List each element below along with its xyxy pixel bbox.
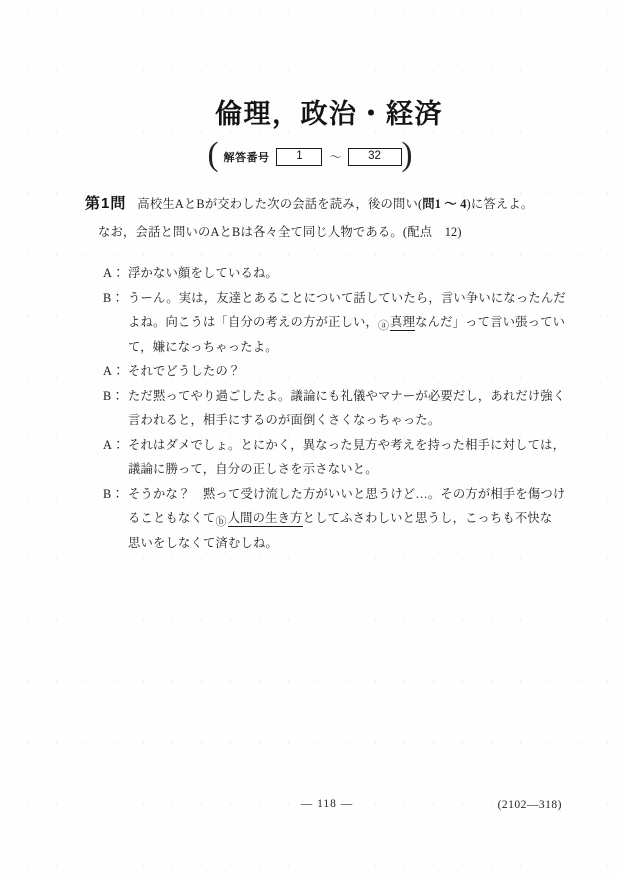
dialogue-text: ただ黙ってやり過ごしたよ。議論にも礼儀やマナーが必要だし，あれだけ強く — [128, 389, 565, 403]
dialogue-text: 浮かない顔をしているね。 — [128, 266, 278, 280]
question-1-intro-text-tail: )に答えよ。 — [467, 197, 534, 211]
dialogue-line: B：そうかな？ 黙って受け流した方がいいと思うけど…。その方が相手を傷つけ — [103, 482, 566, 507]
dialogue-line-continuation: て，嫌になっちゃったよ。 — [103, 335, 566, 360]
dialogue-line: A：浮かない顔をしているね。 — [103, 261, 566, 286]
answer-number-label: 解答番号 — [223, 149, 269, 165]
dialogue-text: なんだ」って言い張ってい — [415, 315, 565, 329]
dialogue-text: うーん。実は，友達とあることについて話していたら，言い争いになったんだ — [128, 291, 566, 305]
dialogue-line: A：それはダメでしょ。とにかく，異なった見方や考えを持った相手に対しては， — [103, 433, 566, 458]
exam-title: 倫理，政治・経済 — [0, 99, 620, 129]
answer-number-range: ( 解答番号 1 ～ 32 ) — [0, 142, 620, 169]
question-1-intro-line: 第1問高校生AとBが交わした次の会話を読み，後の問い(問1 ～ 4)に答えよ。 — [85, 190, 533, 218]
question-range-bold: 問1 ～ 4 — [422, 197, 466, 211]
underlined-phrase: 真理 — [390, 315, 415, 331]
answer-end-number-box: 32 — [348, 148, 402, 166]
dialogue-line: B：ただ黙ってやり過ごしたよ。議論にも礼儀やマナーが必要だし，あれだけ強く — [103, 384, 566, 409]
circled-letter-marker: ⓑ — [215, 516, 226, 528]
dialogue-text: それでどうしたの？ — [128, 364, 240, 378]
dialogue-line-continuation: 思いをしなくて済むしね。 — [103, 531, 566, 556]
dialogue-line-continuation: よね。向こうは「自分の考えの方が正しい，ⓐ真理なんだ」って言い張ってい — [103, 310, 566, 335]
speaker-label: B： — [103, 286, 128, 311]
answer-start-number-box: 1 — [276, 148, 322, 166]
dialogue-text: そうかな？ 黙って受け流した方がいいと思うけど…。その方が相手を傷つけ — [128, 487, 565, 501]
dialogue-block: A：浮かない顔をしているね。B：うーん。実は，友達とあることについて話していたら… — [103, 261, 566, 555]
question-1-note-line: なお，会話と問いのAとBは各々全て同じ人物である。(配点 12) — [85, 218, 533, 246]
speaker-label: B： — [103, 482, 128, 507]
speaker-label: A： — [103, 261, 128, 286]
open-paren-decoration: ( — [207, 142, 218, 170]
dialogue-line: B：うーん。実は，友達とあることについて話していたら，言い争いになったんだ — [103, 286, 566, 311]
dialogue-line-continuation: ることもなくてⓑ人間の生き方としてふさわしいと思うし，こっちも不快な — [103, 506, 566, 531]
speaker-label: B： — [103, 384, 128, 409]
close-paren-decoration: ) — [402, 142, 413, 170]
speaker-label: A： — [103, 433, 128, 458]
dialogue-text: としてふさわしいと思うし，こっちも不快な — [303, 511, 553, 525]
question-1-intro-text: 高校生AとBが交わした次の会話を読み，後の問い( — [137, 197, 422, 211]
dialogue-text: ることもなくて — [128, 511, 215, 525]
range-tilde: ～ — [329, 148, 341, 165]
page-footer: — 118 — (2102—318) — [0, 798, 620, 816]
dialogue-text: それはダメでしょ。とにかく，異なった見方や考えを持った相手に対しては， — [128, 438, 565, 452]
dialogue-text: て，嫌になっちゃったよ。 — [128, 340, 278, 354]
dialogue-line-continuation: 議論に勝って，自分の正しさを示さないと。 — [103, 457, 566, 482]
question-1-section: 第1問高校生AとBが交わした次の会話を読み，後の問い(問1 ～ 4)に答えよ。 … — [85, 190, 533, 246]
dialogue-text: 思いをしなくて済むしね。 — [128, 536, 278, 550]
underlined-phrase: 人間の生き方 — [228, 511, 303, 527]
dialogue-line: A：それでどうしたの？ — [103, 359, 566, 384]
exam-page: 倫理，政治・経済 ( 解答番号 1 ～ 32 ) 第1問高校生AとBが交わした次… — [0, 0, 620, 876]
question-1-number: 第1問 — [85, 195, 126, 212]
dialogue-line-continuation: 言われると，相手にするのが面倒くさくなっちゃった。 — [103, 408, 566, 433]
dialogue-text: 言われると，相手にするのが面倒くさくなっちゃった。 — [128, 413, 440, 427]
dialogue-text: よね。向こうは「自分の考えの方が正しい， — [128, 315, 378, 329]
document-code: (2102—318) — [498, 799, 562, 811]
circled-letter-marker: ⓐ — [378, 320, 389, 332]
dialogue-text: 議論に勝って，自分の正しさを示さないと。 — [128, 462, 378, 476]
speaker-label: A： — [103, 359, 128, 384]
